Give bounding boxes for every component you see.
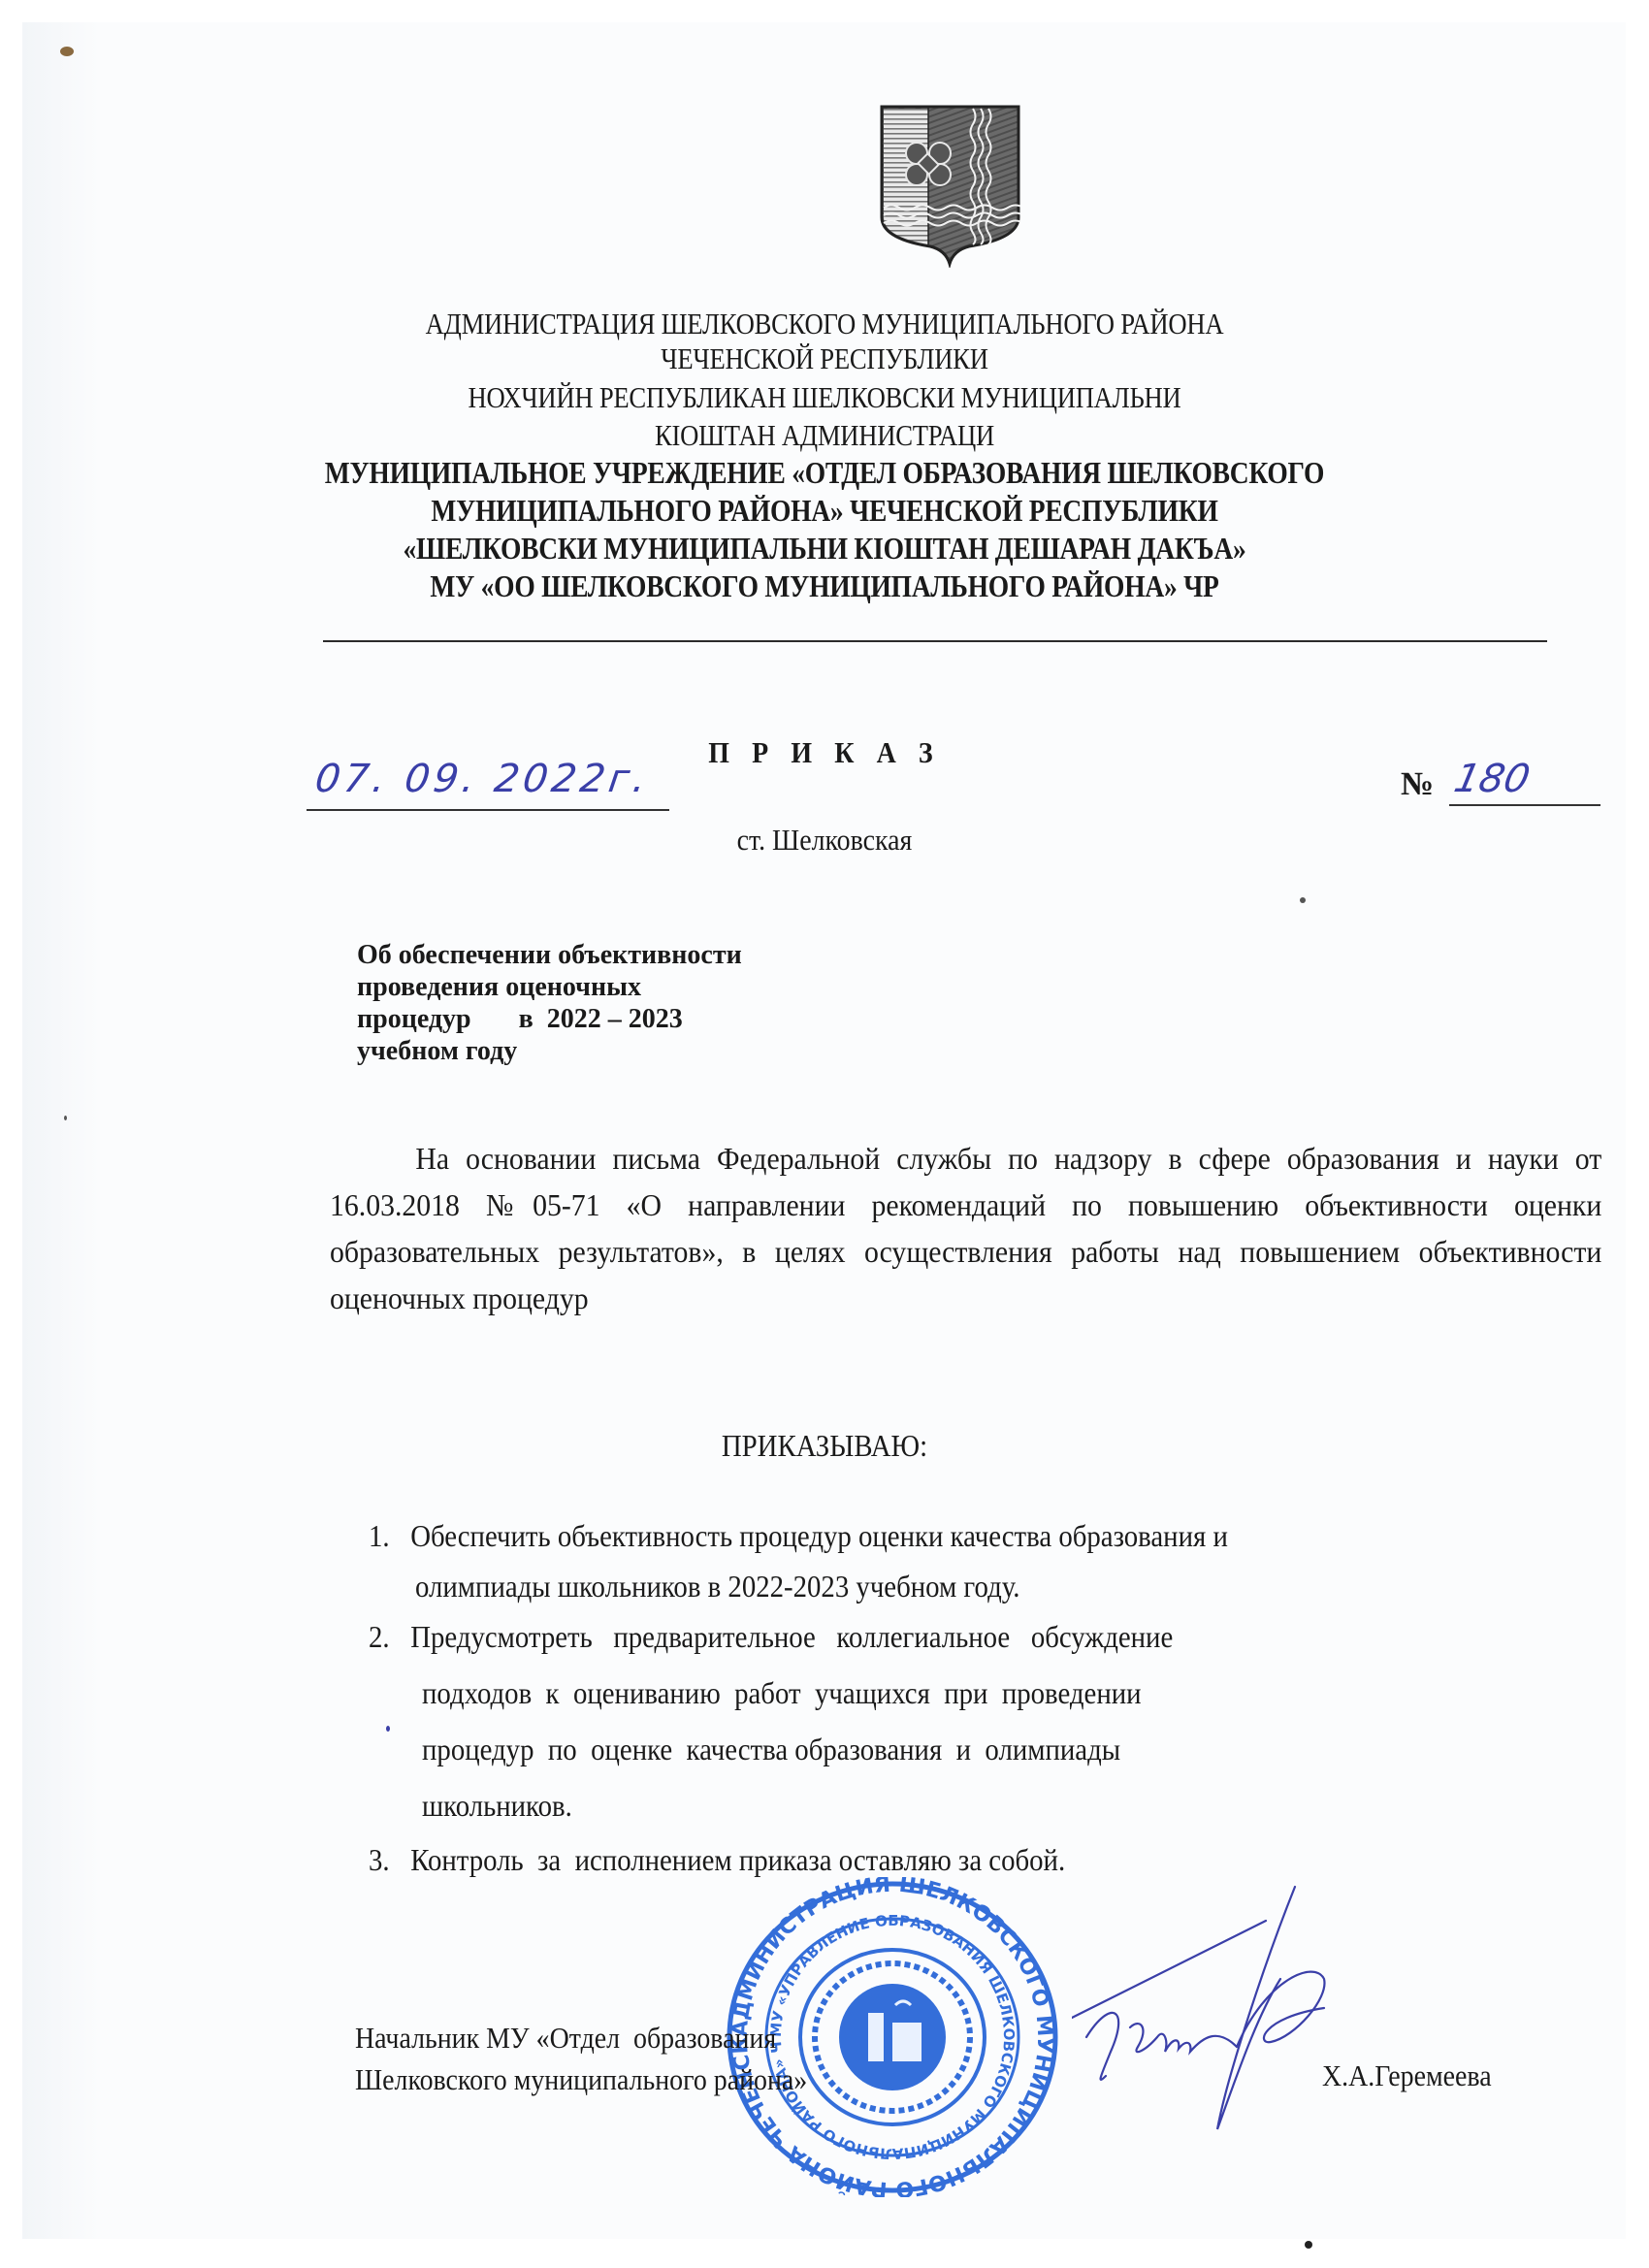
scan-edge-shade (22, 22, 100, 2239)
header-line-2: ЧЕЧЕНСКОЙ РЕСПУБЛИКИ (115, 342, 1534, 375)
header-bold-line-3: «ШЕЛКОВСКИ МУНИЦИПАЛЬНИ КIОШТАН ДЕШАРАН … (115, 532, 1534, 565)
header-bold-line-2: МУНИЦИПАЛЬНОГО РАЙОНА» ЧЕЧЕНСКОЙ РЕСПУБЛ… (115, 494, 1534, 527)
subject-line: проведения оценочных (357, 971, 742, 1003)
item-text: Контроль за исполнением приказа оставляю… (410, 1842, 1065, 1877)
signatory-position: Начальник МУ «Отдел образования Шелковск… (355, 2017, 807, 2100)
item-number: 1. (369, 1518, 410, 1554)
item-text: Обеспечить объективность процедур оценки… (410, 1518, 1228, 1553)
preamble-paragraph: На основании письма Федеральной службы п… (330, 1135, 1601, 1321)
header-divider (323, 640, 1547, 642)
item-number: 2. (369, 1619, 410, 1655)
handwritten-number: 180 (1450, 757, 1534, 801)
document-title: П Р И К А З (82, 735, 1567, 770)
list-item-continuation: процедур по оценке качества образования … (422, 1732, 1120, 1767)
scan-speck (1300, 897, 1306, 903)
scan-speck (60, 47, 74, 56)
handwritten-signature (1072, 1882, 1440, 2144)
header-line-3: НОХЧИЙН РЕСПУБЛИКАН ШЕЛКОВСКИ МУНИЦИПАЛЬ… (115, 381, 1534, 414)
order-subject: Об обеспечении объективности проведения … (357, 939, 742, 1067)
scan-speck (1305, 2241, 1312, 2249)
header-line-4: КIОШТАН АДМИНИСТРАЦИ (115, 419, 1534, 452)
order-word: ПРИКАЗЫВАЮ: (82, 1428, 1567, 1464)
handwritten-date: 07. 09. 2022г. (311, 757, 667, 805)
list-item: 3.Контроль за исполнением приказа оставл… (369, 1842, 1065, 1878)
list-item-continuation: подходов к оцениванию работ учащихся при… (422, 1675, 1142, 1711)
list-item: 1.Обеспечить объективность процедур оцен… (369, 1518, 1228, 1554)
preamble-text: На основании письма Федеральной службы п… (330, 1141, 1601, 1315)
number-sign: № (1401, 766, 1434, 803)
header-bold-line-4: МУ «ОО ШЕЛКОВСКОГО МУНИЦИПАЛЬНОГО РАЙОНА… (115, 569, 1534, 602)
item-text: Предусмотреть предварительное коллегиаль… (410, 1619, 1173, 1654)
signatory-name: Х.А.Геремеева (1322, 2058, 1492, 2093)
position-line: Шелковского муниципального района» (355, 2058, 807, 2100)
list-item-continuation: школьников. (422, 1788, 572, 1824)
subject-line: Об обеспечении объективности (357, 939, 742, 971)
subject-line: процедур в 2022 – 2023 (357, 1003, 742, 1035)
item-number: 3. (369, 1842, 410, 1878)
header-line-1: АДМИНИСТРАЦИЯ ШЕЛКОВСКОГО МУНИЦИПАЛЬНОГО… (115, 308, 1534, 340)
list-item: 2.Предусмотреть предварительное коллегиа… (369, 1619, 1173, 1655)
number-underline (1449, 804, 1600, 806)
subject-line: учебном году (357, 1035, 742, 1067)
date-underline (307, 809, 669, 811)
scan-speck (386, 1726, 390, 1732)
scan-speck (64, 1116, 67, 1120)
coat-of-arms-icon (880, 103, 1020, 268)
header-bold-line-1: МУНИЦИПАЛЬНОЕ УЧРЕЖДЕНИЕ «ОТДЕЛ ОБРАЗОВА… (115, 456, 1534, 489)
position-line: Начальник МУ «Отдел образования (355, 2017, 807, 2058)
list-item-continuation: олимпиады школьников в 2022-2023 учебном… (415, 1569, 1019, 1604)
place-of-issue: ст. Шелковская (82, 823, 1567, 858)
